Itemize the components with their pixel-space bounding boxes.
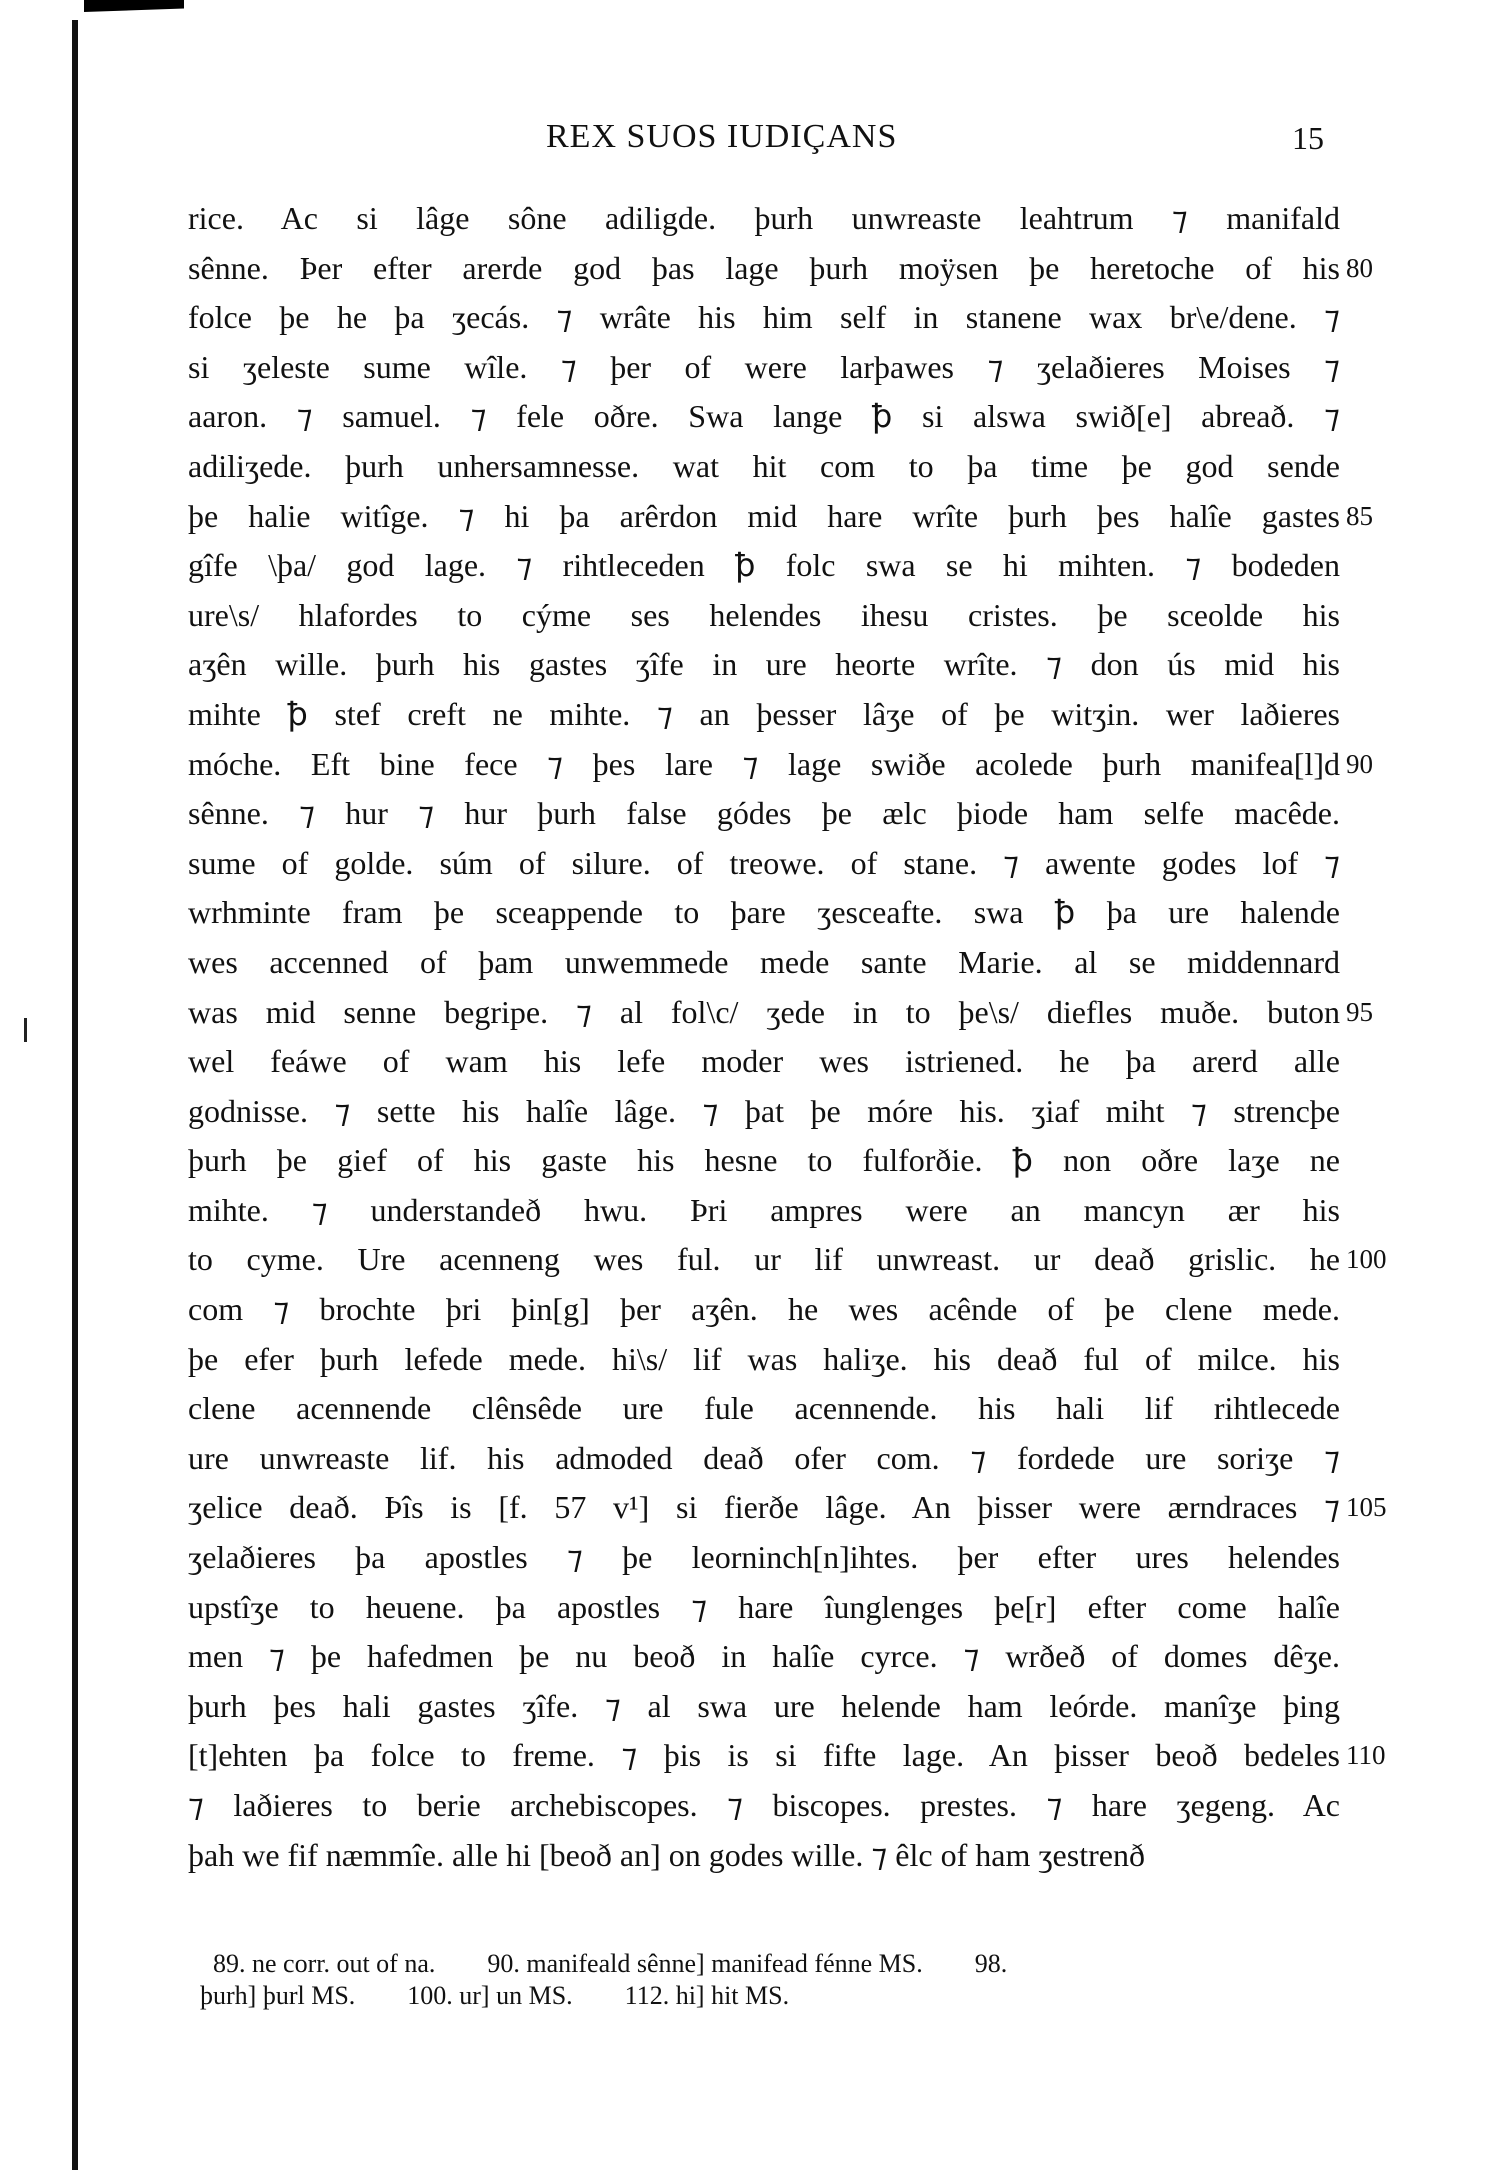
text-line: þurh þe gief of his gaste his hesne to f… <box>188 1136 1340 1186</box>
line-number: 80 <box>1346 244 1373 294</box>
scan-binding-edge <box>72 20 78 2170</box>
text-line: ʒelaðieres þa apostles ⁊ þe leorninch[n]… <box>188 1533 1340 1583</box>
line-text: adiliʒede. þurh unhersamnesse. wat hit c… <box>188 448 1340 484</box>
line-number: 105 <box>1346 1483 1387 1533</box>
line-text: aaron. ⁊ samuel. ⁊ fele oðre. Swa lange … <box>188 398 1340 434</box>
scan-artifact-mark <box>24 1018 27 1042</box>
line-text: rice. Ac si lâge sône adiligde. þurh unw… <box>188 200 1340 236</box>
text-line: þe efer þurh lefede mede. hi\s/ lif was … <box>188 1335 1340 1385</box>
line-text: sume of golde. súm of silure. of treowe.… <box>188 845 1340 881</box>
footnotes: 89. ne corr. out of na. 90. manifeald sê… <box>200 1948 1380 2012</box>
line-text: men ⁊ þe hafedmen þe nu beoð in halîe cy… <box>188 1638 1340 1674</box>
line-text: þah we fif næmmîe. alle hi [beoð an] on … <box>188 1837 1145 1873</box>
text-line: ure\s/ hlafordes to cýme ses helendes ih… <box>188 591 1340 641</box>
text-line: godnisse. ⁊ sette his halîe lâge. ⁊ þat … <box>188 1087 1340 1137</box>
line-text: was mid senne begripe. ⁊ al fol\c/ ʒede … <box>188 994 1340 1030</box>
line-text: þurh þes hali gastes ʒîfe. ⁊ al swa ure … <box>188 1688 1340 1724</box>
scan-edge-mark <box>84 0 184 12</box>
text-line: gîfe \þa/ god lage. ⁊ rihtleceden ꝥ folc… <box>188 541 1340 591</box>
line-number: 100 <box>1346 1235 1387 1285</box>
line-text: mihte. ⁊ understandeð hwu. Þri ampres we… <box>188 1192 1340 1228</box>
line-text: sênne. Þer efter arerde god þas lage þur… <box>188 250 1340 286</box>
line-text: wrhminte fram þe sceappende to þare ʒesc… <box>188 894 1340 930</box>
text-line: þah we fif næmmîe. alle hi [beoð an] on … <box>188 1831 1340 1881</box>
text-line: to cyme. Ure acenneng wes ful. ur lif un… <box>188 1235 1340 1285</box>
text-line: men ⁊ þe hafedmen þe nu beoð in halîe cy… <box>188 1632 1340 1682</box>
line-text: gîfe \þa/ god lage. ⁊ rihtleceden ꝥ folc… <box>188 547 1340 583</box>
line-text: ure\s/ hlafordes to cýme ses helendes ih… <box>188 597 1340 633</box>
text-line: sênne. ⁊ hur ⁊ hur þurh false gódes þe æ… <box>188 789 1340 839</box>
text-line: ʒelice deað. Þîs is [f. 57 v¹] si fierðe… <box>188 1483 1340 1533</box>
text-line: sume of golde. súm of silure. of treowe.… <box>188 839 1340 889</box>
line-text: clene acennende clênsêde ure fule acenne… <box>188 1390 1340 1426</box>
line-number: 110 <box>1346 1731 1386 1781</box>
text-line: wel feáwe of wam his lefe moder wes istr… <box>188 1037 1340 1087</box>
line-text: þe efer þurh lefede mede. hi\s/ lif was … <box>188 1341 1340 1377</box>
line-text: þurh þe gief of his gaste his hesne to f… <box>188 1142 1340 1178</box>
text-line: sênne. Þer efter arerde god þas lage þur… <box>188 244 1340 294</box>
line-text: si ʒeleste sume wîle. ⁊ þer of were larþ… <box>188 349 1340 385</box>
text-line: ⁊ laðieres to berie archebiscopes. ⁊ bis… <box>188 1781 1340 1831</box>
text-line: aʒên wille. þurh his gastes ʒîfe in ure … <box>188 640 1340 690</box>
line-text: folce þe he þa ʒecás. ⁊ wrâte his him se… <box>188 299 1340 335</box>
text-line: upstîʒe to heuene. þa apostles ⁊ hare îu… <box>188 1583 1340 1633</box>
text-line: clene acennende clênsêde ure fule acenne… <box>188 1384 1340 1434</box>
footnote-line: þurh] þurl MS. 100. ur] un MS. 112. hi] … <box>200 1980 1380 2012</box>
line-text: godnisse. ⁊ sette his halîe lâge. ⁊ þat … <box>188 1093 1340 1129</box>
text-line: móche. Eft bine fece ⁊ þes lare ⁊ lage s… <box>188 740 1340 790</box>
footnote-line: 89. ne corr. out of na. 90. manifeald sê… <box>200 1948 1380 1980</box>
text-line: mihte ꝥ stef creft ne mihte. ⁊ an þesser… <box>188 690 1340 740</box>
line-text: upstîʒe to heuene. þa apostles ⁊ hare îu… <box>188 1589 1340 1625</box>
running-title: REX SUOS IUDIÇANS <box>546 118 897 156</box>
line-text: ⁊ laðieres to berie archebiscopes. ⁊ bis… <box>188 1787 1340 1823</box>
line-number: 95 <box>1346 988 1373 1038</box>
text-line: adiliʒede. þurh unhersamnesse. wat hit c… <box>188 442 1340 492</box>
text-line: wrhminte fram þe sceappende to þare ʒesc… <box>188 888 1340 938</box>
line-number: 85 <box>1346 492 1373 542</box>
line-text: sênne. ⁊ hur ⁊ hur þurh false gódes þe æ… <box>188 795 1340 831</box>
text-line: was mid senne begripe. ⁊ al fol\c/ ʒede … <box>188 988 1340 1038</box>
line-text: [t]ehten þa folce to freme. ⁊ þis is si … <box>188 1737 1340 1773</box>
text-line: aaron. ⁊ samuel. ⁊ fele oðre. Swa lange … <box>188 392 1340 442</box>
page-number: 15 <box>1292 120 1324 157</box>
body-text: rice. Ac si lâge sône adiligde. þurh unw… <box>188 194 1340 1880</box>
line-text: mihte ꝥ stef creft ne mihte. ⁊ an þesser… <box>188 696 1340 732</box>
text-line: wes accenned of þam unwemmede mede sante… <box>188 938 1340 988</box>
line-text: móche. Eft bine fece ⁊ þes lare ⁊ lage s… <box>188 746 1340 782</box>
line-text: wel feáwe of wam his lefe moder wes istr… <box>188 1043 1340 1079</box>
text-line: com ⁊ brochte þri þin[g] þer aʒên. he we… <box>188 1285 1340 1335</box>
text-line: rice. Ac si lâge sône adiligde. þurh unw… <box>188 194 1340 244</box>
line-text: ʒelice deað. Þîs is [f. 57 v¹] si fierðe… <box>188 1489 1340 1525</box>
text-line: [t]ehten þa folce to freme. ⁊ þis is si … <box>188 1731 1340 1781</box>
line-text: wes accenned of þam unwemmede mede sante… <box>188 944 1340 980</box>
text-line: si ʒeleste sume wîle. ⁊ þer of were larþ… <box>188 343 1340 393</box>
line-number: 90 <box>1346 740 1373 790</box>
line-text: com ⁊ brochte þri þin[g] þer aʒên. he we… <box>188 1291 1340 1327</box>
line-text: þe halie witîge. ⁊ hi þa arêrdon mid har… <box>188 498 1340 534</box>
line-text: ʒelaðieres þa apostles ⁊ þe leorninch[n]… <box>188 1539 1340 1575</box>
text-line: ure unwreaste lif. his admoded deað ofer… <box>188 1434 1340 1484</box>
text-line: þe halie witîge. ⁊ hi þa arêrdon mid har… <box>188 492 1340 542</box>
text-line: þurh þes hali gastes ʒîfe. ⁊ al swa ure … <box>188 1682 1340 1732</box>
line-text: ure unwreaste lif. his admoded deað ofer… <box>188 1440 1340 1476</box>
text-line: folce þe he þa ʒecás. ⁊ wrâte his him se… <box>188 293 1340 343</box>
line-text: to cyme. Ure acenneng wes ful. ur lif un… <box>188 1241 1340 1277</box>
text-line: mihte. ⁊ understandeð hwu. Þri ampres we… <box>188 1186 1340 1236</box>
line-text: aʒên wille. þurh his gastes ʒîfe in ure … <box>188 646 1340 682</box>
running-head: REX SUOS IUDIÇANS 15 <box>0 118 1496 162</box>
